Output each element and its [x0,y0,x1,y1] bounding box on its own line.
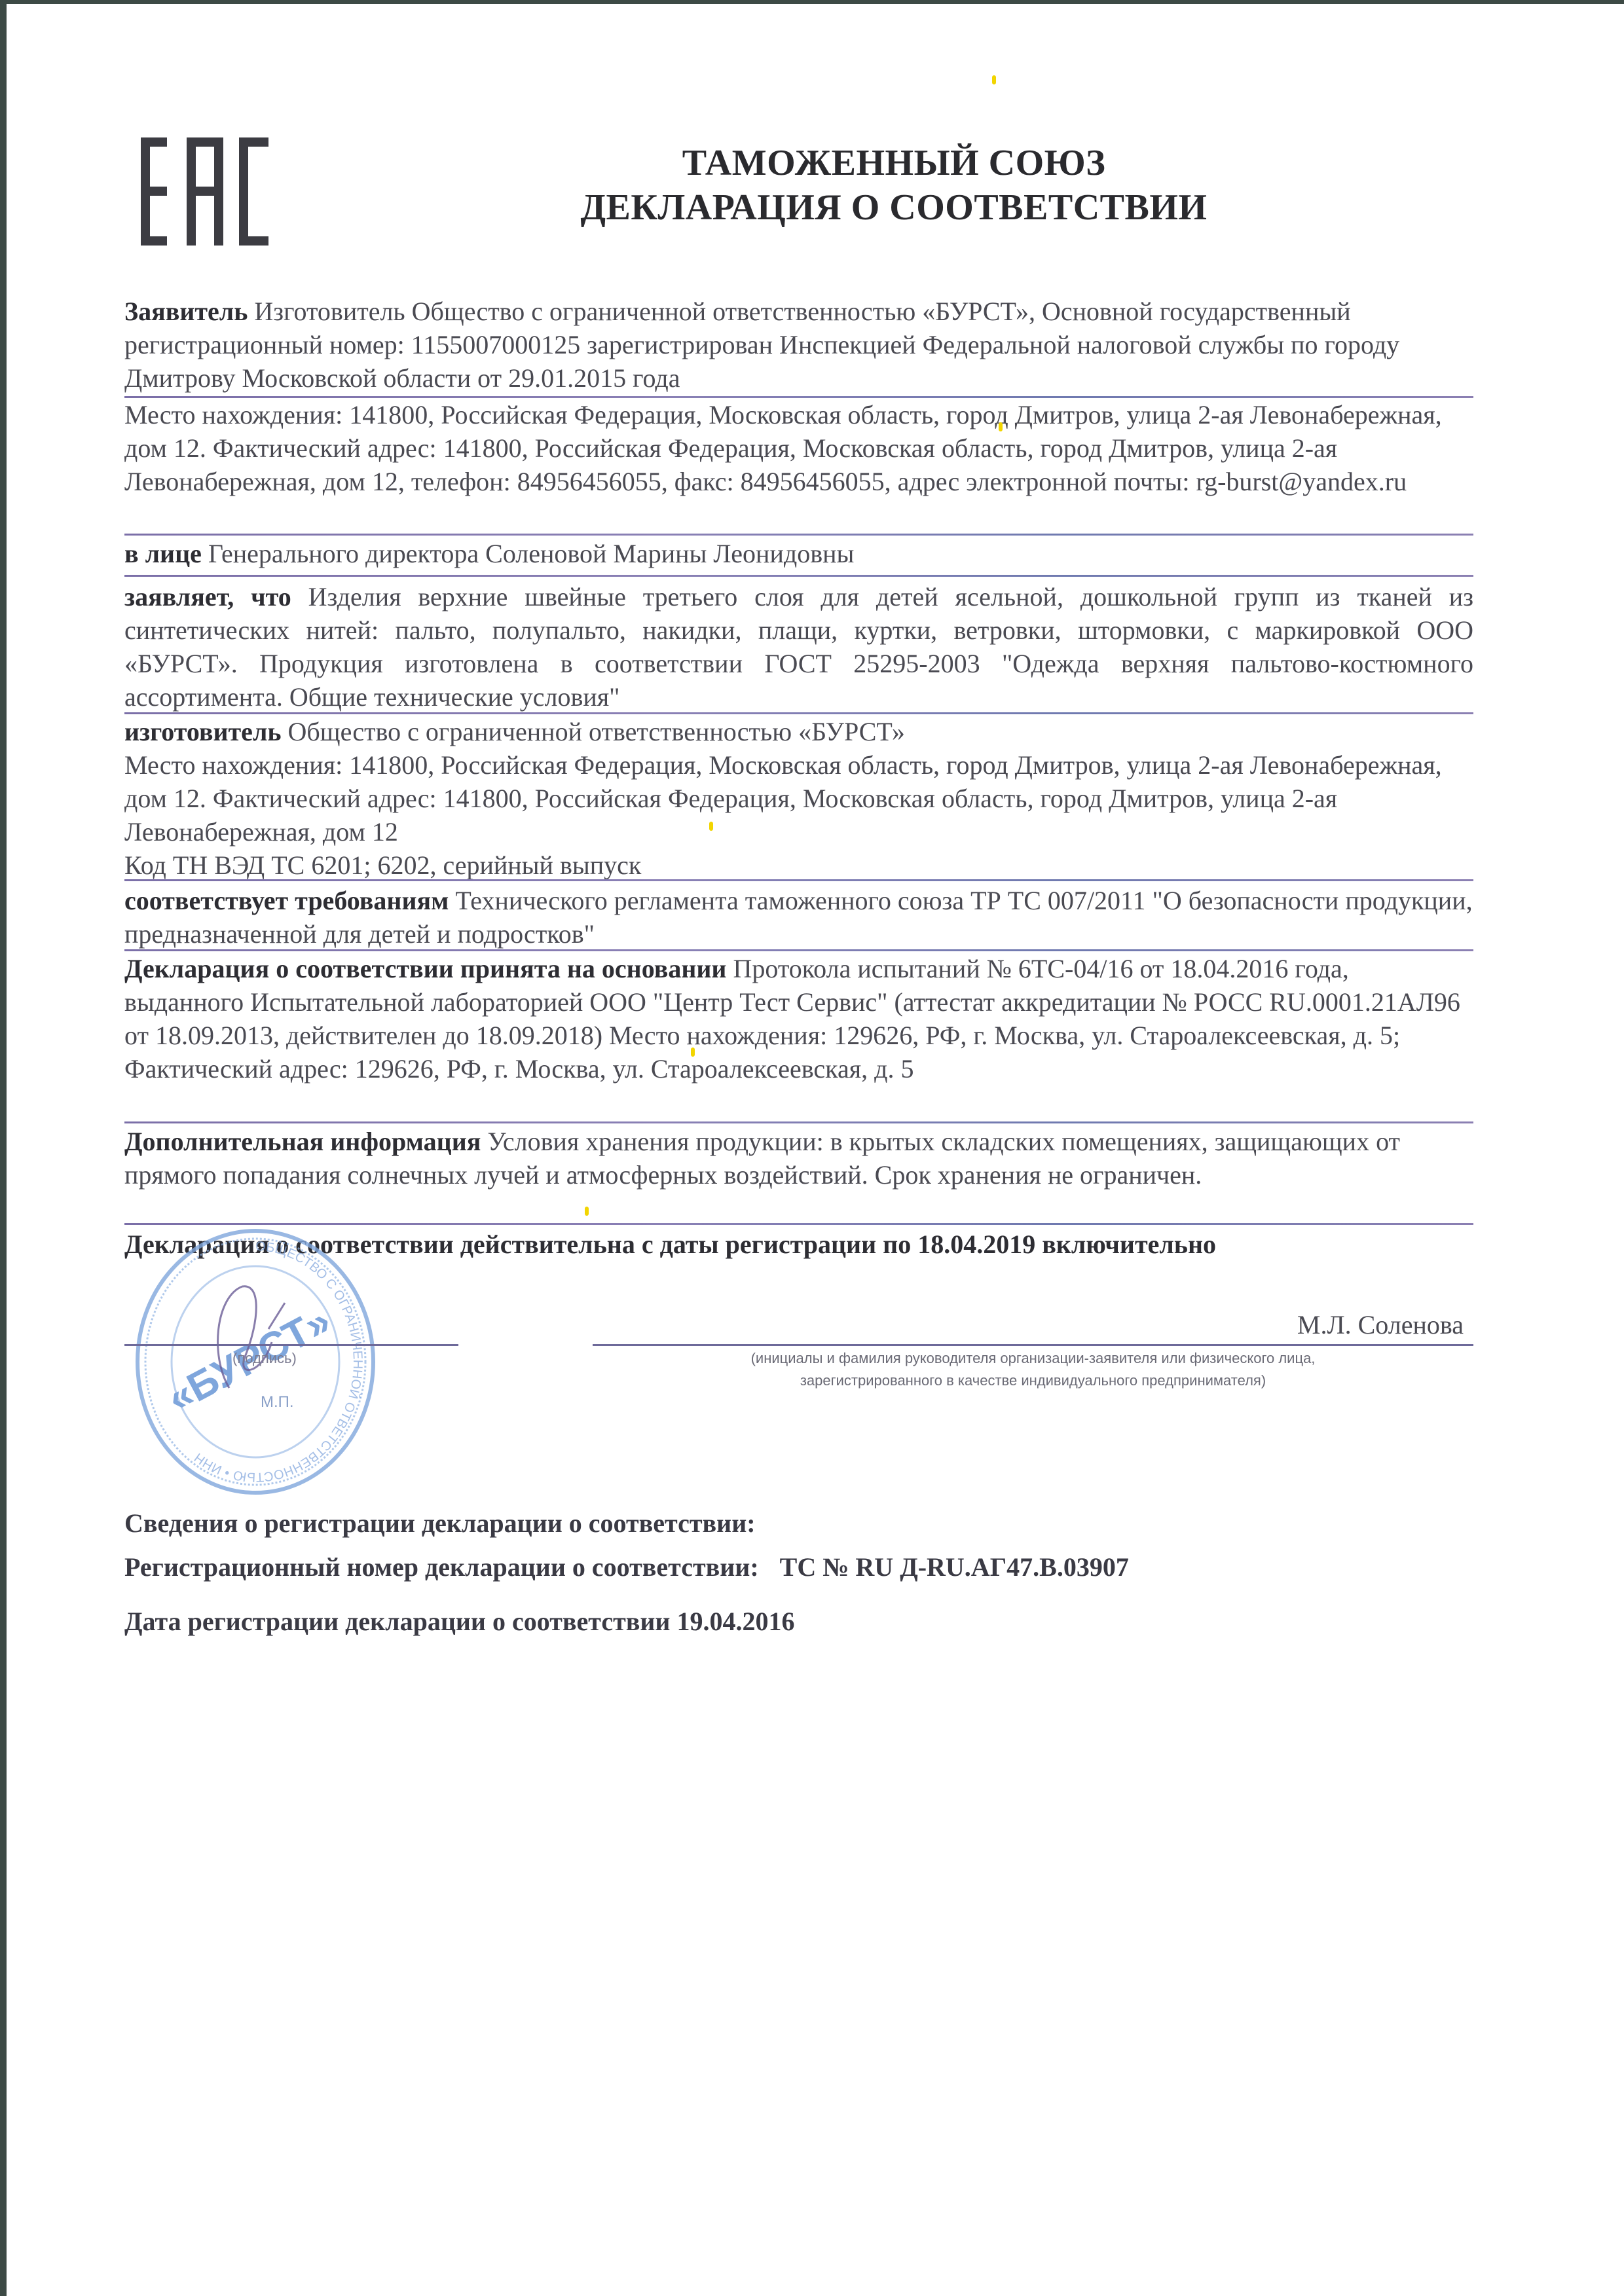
represented-by-section: в лице Генерального директора Соленовой … [124,537,1473,570]
scan-artifact [585,1207,589,1216]
document-title: ТАМОЖЕННЫЙ СОЮЗ ДЕКЛАРАЦИЯ О СООТВЕТСТВИ… [426,141,1362,230]
signer-name: М.Л. Соленова [1297,1309,1464,1340]
registration-number-value: ТС № RU Д-RU.АГ47.В.03907 [780,1552,1129,1582]
signer-name-line [593,1344,1473,1346]
basis-section: Декларация о соответствии принята на осн… [124,952,1473,1085]
declares-section: заявляет, что Изделия верхние швейные тр… [124,580,1473,714]
represented-by-text: Генерального директора Соленовой Марины … [208,539,854,568]
divider [124,879,1473,881]
basis-label: Декларация о соответствии принята на осн… [124,954,726,983]
signature-line [124,1344,458,1346]
applicant-address-text: Место нахождения: 141800, Российская Фед… [124,400,1442,496]
signature-caption: (подпись) [232,1350,297,1367]
additional-info-section: Дополнительная информация Условия хранен… [124,1125,1473,1192]
applicant-address-section: Место нахождения: 141800, Российская Фед… [124,398,1473,498]
applicant-label: Заявитель [124,297,248,326]
declares-label: заявляет, что [124,582,291,611]
additional-info-label: Дополнительная информация [124,1127,481,1156]
registration-heading: Сведения о регистрации декларации о соот… [124,1508,756,1539]
applicant-section: Заявитель Изготовитель Общество с ограни… [124,295,1473,395]
registration-date-label: Дата регистрации декларации о соответств… [124,1607,670,1636]
manufacturer-label: изготовитель [124,717,282,746]
registration-number-row: Регистрационный номер декларации о соотв… [124,1552,1129,1582]
title-line-2: ДЕКЛАРАЦИЯ О СООТВЕТСТВИИ [426,185,1362,230]
manufacturer-name: Общество с ограниченной ответственностью… [288,717,905,746]
divider [124,534,1473,536]
scan-artifact [992,75,996,84]
divider [124,575,1473,577]
scan-edge-left [0,0,7,2296]
validity-value: по 18.04.2019 включительно [883,1230,1216,1259]
divider [124,712,1473,714]
registration-number-label: Регистрационный номер декларации о соотв… [124,1552,759,1582]
conforms-section: соответствует требованиям Технического р… [124,884,1473,951]
conforms-label: соответствует требованиям [124,886,449,915]
represented-by-label: в лице [124,539,202,568]
manufacturer-address: Место нахождения: 141800, Российская Фед… [124,748,1473,848]
scan-edge-top [0,0,1624,4]
manufacturer-section: изготовитель Общество с ограниченной отв… [124,715,1473,882]
scan-artifact [691,1048,695,1057]
eac-mark-icon [141,137,268,246]
divider [124,949,1473,951]
scan-artifact [999,422,1003,431]
registration-date-row: Дата регистрации декларации о соответств… [124,1606,794,1637]
tn-ved-code: Код ТН ВЭД ТС 6201; 6202, серийный выпус… [124,848,1473,882]
stamp-place-label: М.П. [261,1393,294,1412]
signer-caption-1: (инициалы и фамилия руководителя организ… [593,1350,1473,1367]
declares-text: Изделия верхние швейные третьего слоя дл… [124,582,1473,712]
title-line-1: ТАМОЖЕННЫЙ СОЮЗ [426,141,1362,185]
signer-caption-2: зарегистрированного в качестве индивидуа… [593,1372,1473,1389]
applicant-text: Изготовитель Общество с ограниченной отв… [124,297,1399,393]
registration-date-value: 19.04.2016 [676,1607,794,1636]
scan-artifact [709,822,713,831]
divider [124,1121,1473,1123]
